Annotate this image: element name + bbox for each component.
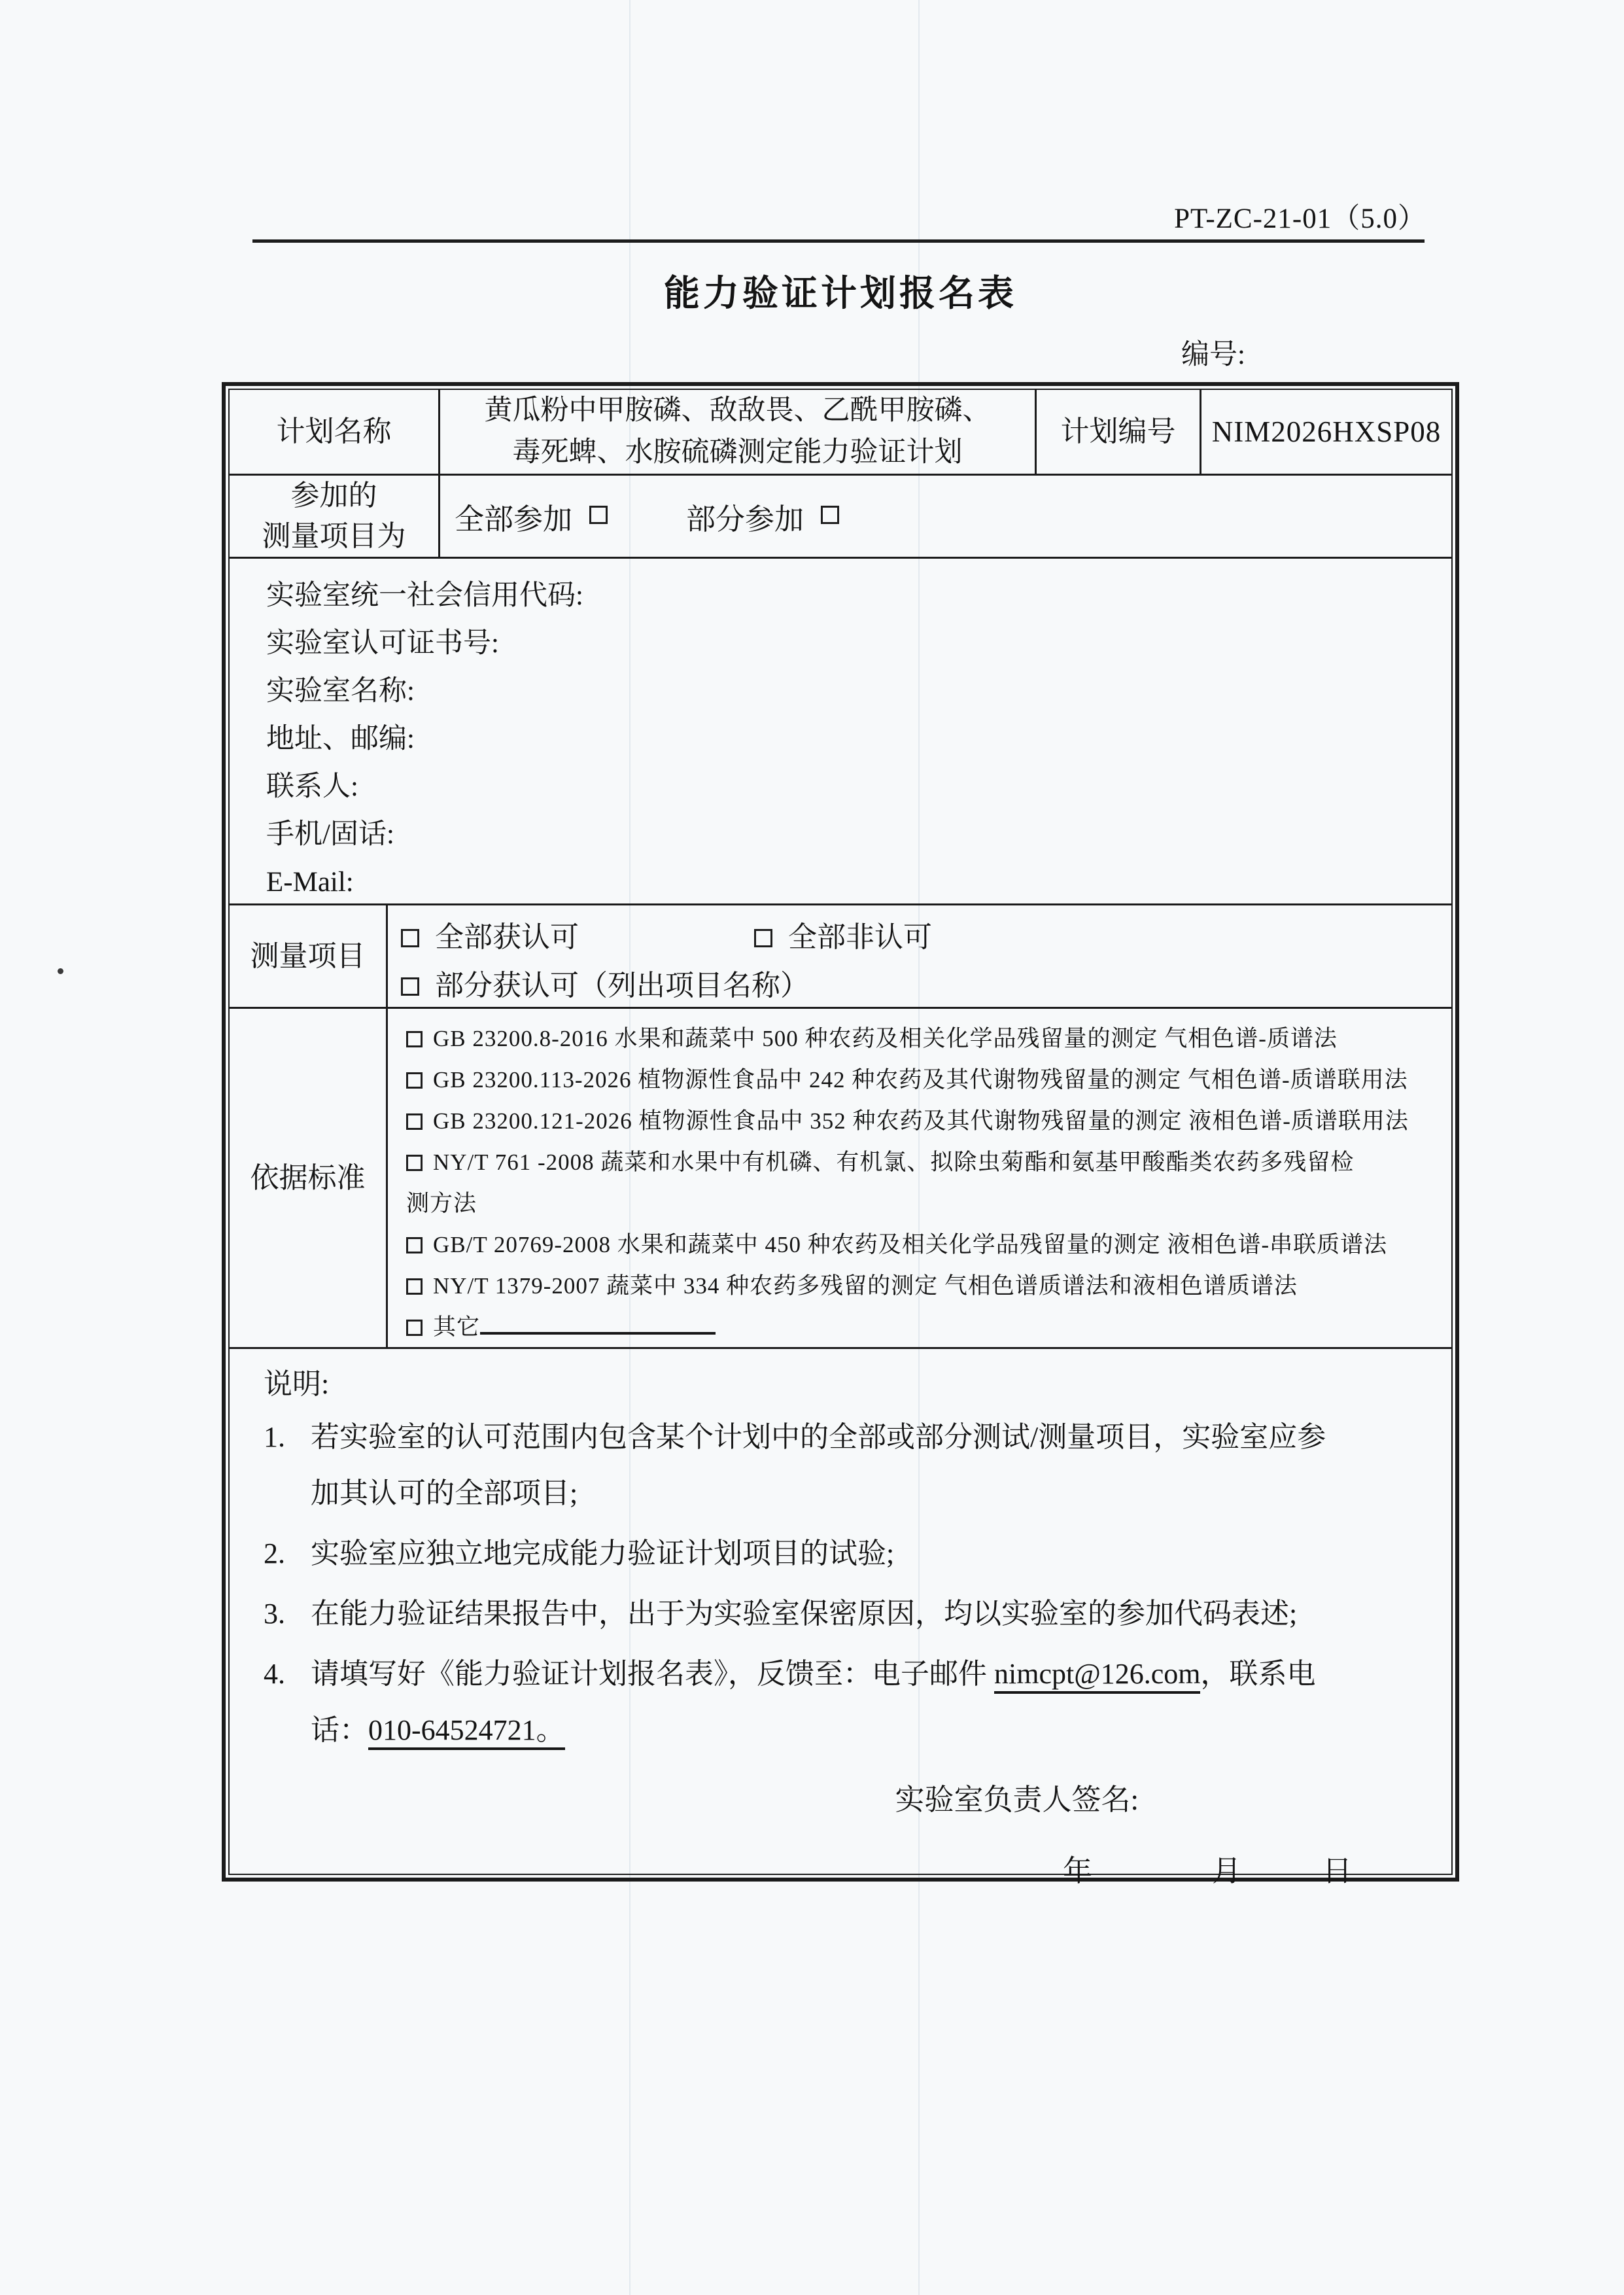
note-number: 1. <box>264 1409 285 1465</box>
part-accredited-label: 部分获认可（列出项目名称） <box>435 964 809 1007</box>
plan-name-value: 黄瓜粉中甲胺磷、敌敌畏、乙酰甲胺磷、 毒死蜱、水胺硫磷测定能力验证计划 <box>440 390 1037 474</box>
lab-email-label: E-Mail: <box>266 858 1438 906</box>
row-notes: 说明: 1. 若实验室的认可范围内包含某个计划中的全部或部分测试/测量项目，实验… <box>230 1349 1451 1889</box>
standard-item: NY/T 761 -2008 蔬菜和水果中有机磷、有机氯、拟除虫菊酯和氨基甲酸酯… <box>406 1142 1374 1224</box>
measurement-options: 全部获认可 全部非认可 部分获认可（列出项目名称） <box>388 905 1451 1007</box>
all-accredited-label: 全部获认可 <box>435 916 579 959</box>
row-participation: 参加的 测量项目为 全部参加 部分参加 <box>230 476 1451 559</box>
measurement-items-label: 测量项目 <box>230 905 388 1007</box>
lab-phone-label: 手机/固话: <box>266 811 1438 858</box>
note-item-2: 2. 实验室应独立地完成能力验证计划项目的试验; <box>264 1526 1331 1582</box>
date-line: 年月日 <box>264 1847 1412 1889</box>
note-number: 2. <box>264 1526 285 1582</box>
row-standards: 依据标准 GB 23200.8-2016 水果和蔬菜中 500 种农药及相关化学… <box>230 1009 1451 1349</box>
row-measurement-items: 测量项目 全部获认可 全部非认可 部分获认可（列出项目名称） <box>230 905 1451 1009</box>
standard-checkbox[interactable] <box>406 1031 423 1047</box>
none-accredited-checkbox[interactable] <box>754 929 772 947</box>
date-day-label: 日 <box>1322 1855 1352 1887</box>
standard-item: GB 23200.113-2026 植物源性食品中 242 种农药及其代谢物残留… <box>406 1059 1438 1100</box>
standard-item: GB/T 20769-2008 水果和蔬菜中 450 种农药及相关化学品残留量的… <box>406 1224 1438 1265</box>
standard-item: GB 23200.8-2016 水果和蔬菜中 500 种农药及相关化学品残留量的… <box>406 1018 1438 1059</box>
standard-other-label: 其它 <box>433 1314 480 1340</box>
plan-number-label: 计划编号 <box>1037 390 1201 474</box>
standard-item: NY/T 1379-2007 蔬菜中 334 种农药多残留的测定 气相色谱质谱法… <box>406 1265 1438 1306</box>
lab-accreditation-cert-label: 实验室认可证书号: <box>266 620 1438 667</box>
plan-name-label: 计划名称 <box>230 390 440 474</box>
standard-other-blank-field[interactable] <box>480 1307 716 1335</box>
standard-item-other: 其它 <box>406 1306 1438 1348</box>
contact-phone: 010-64524721。 <box>368 1714 565 1750</box>
participate-all-label: 全部参加 <box>455 495 572 538</box>
note-number: 3. <box>264 1586 285 1642</box>
note-item-1: 1. 若实验室的认可范围内包含某个计划中的全部或部分测试/测量项目，实验室应参加… <box>264 1409 1331 1522</box>
signature-label: 实验室负责人签名: <box>264 1776 1412 1818</box>
lab-contact-label: 联系人: <box>266 763 1438 811</box>
note-item-3: 3. 在能力验证结果报告中，出于为实验室保密原因，均以实验室的参加代码表述; <box>264 1586 1331 1642</box>
none-accredited-label: 全部非认可 <box>788 916 932 959</box>
standards-list: GB 23200.8-2016 水果和蔬菜中 500 种农药及相关化学品残留量的… <box>388 1009 1451 1347</box>
all-accredited-checkbox[interactable] <box>401 929 419 947</box>
registration-form-table: 计划名称 黄瓜粉中甲胺磷、敌敌畏、乙酰甲胺磷、 毒死蜱、水胺硫磷测定能力验证计划… <box>222 382 1459 1882</box>
participate-part-checkbox[interactable] <box>821 506 839 524</box>
row-lab-info: 实验室统一社会信用代码: 实验室认可证书号: 实验室名称: 地址、邮编: 联系人… <box>230 559 1451 905</box>
scan-speck <box>58 968 63 974</box>
standard-checkbox[interactable] <box>406 1278 423 1295</box>
standard-checkbox[interactable] <box>406 1237 423 1253</box>
number-label: 编号: <box>1181 332 1245 372</box>
standard-checkbox[interactable] <box>406 1155 423 1171</box>
header-rule <box>252 239 1425 243</box>
scanned-form-page: PT-ZC-21-01（5.0） 能力验证计划报名表 编号: 计划名称 黄瓜粉中… <box>0 0 1624 2295</box>
notes-heading: 说明: <box>264 1363 1412 1405</box>
lab-address-label: 地址、邮编: <box>266 715 1438 763</box>
lab-credit-code-label: 实验室统一社会信用代码: <box>266 572 1438 620</box>
standard-item: GB 23200.121-2026 植物源性食品中 352 种农药及其代谢物残留… <box>406 1100 1438 1142</box>
participate-part-label: 部分参加 <box>686 495 804 538</box>
standard-checkbox[interactable] <box>406 1072 423 1089</box>
part-accredited-checkbox[interactable] <box>401 977 419 996</box>
registration-form-table-inner: 计划名称 黄瓜粉中甲胺磷、敌敌畏、乙酰甲胺磷、 毒死蜱、水胺硫磷测定能力验证计划… <box>228 389 1453 1875</box>
participate-all-checkbox[interactable] <box>589 506 608 524</box>
participation-label: 参加的 测量项目为 <box>230 476 440 557</box>
row-plan: 计划名称 黄瓜粉中甲胺磷、敌敌畏、乙酰甲胺磷、 毒死蜱、水胺硫磷测定能力验证计划… <box>230 390 1451 476</box>
date-year-label: 年 <box>1063 1855 1092 1887</box>
standard-checkbox[interactable] <box>406 1113 423 1130</box>
participation-options: 全部参加 部分参加 <box>440 476 1451 557</box>
standards-label: 依据标准 <box>230 1009 388 1347</box>
standard-other-checkbox[interactable] <box>406 1320 423 1336</box>
contact-email: nimcpt@126.com <box>994 1658 1200 1694</box>
note-number: 4. <box>264 1646 285 1702</box>
plan-number-value: NIM2026HXSP08 <box>1201 390 1451 474</box>
lab-name-label: 实验室名称: <box>266 667 1438 715</box>
doc-code: PT-ZC-21-01（5.0） <box>1174 196 1426 236</box>
date-month-label: 月 <box>1212 1855 1241 1887</box>
note-item-4: 4. 请填写好《能力验证计划报名表》，反馈至：电子邮件 nimcpt@126.c… <box>264 1646 1331 1759</box>
page-title: 能力验证计划报名表 <box>226 264 1455 316</box>
